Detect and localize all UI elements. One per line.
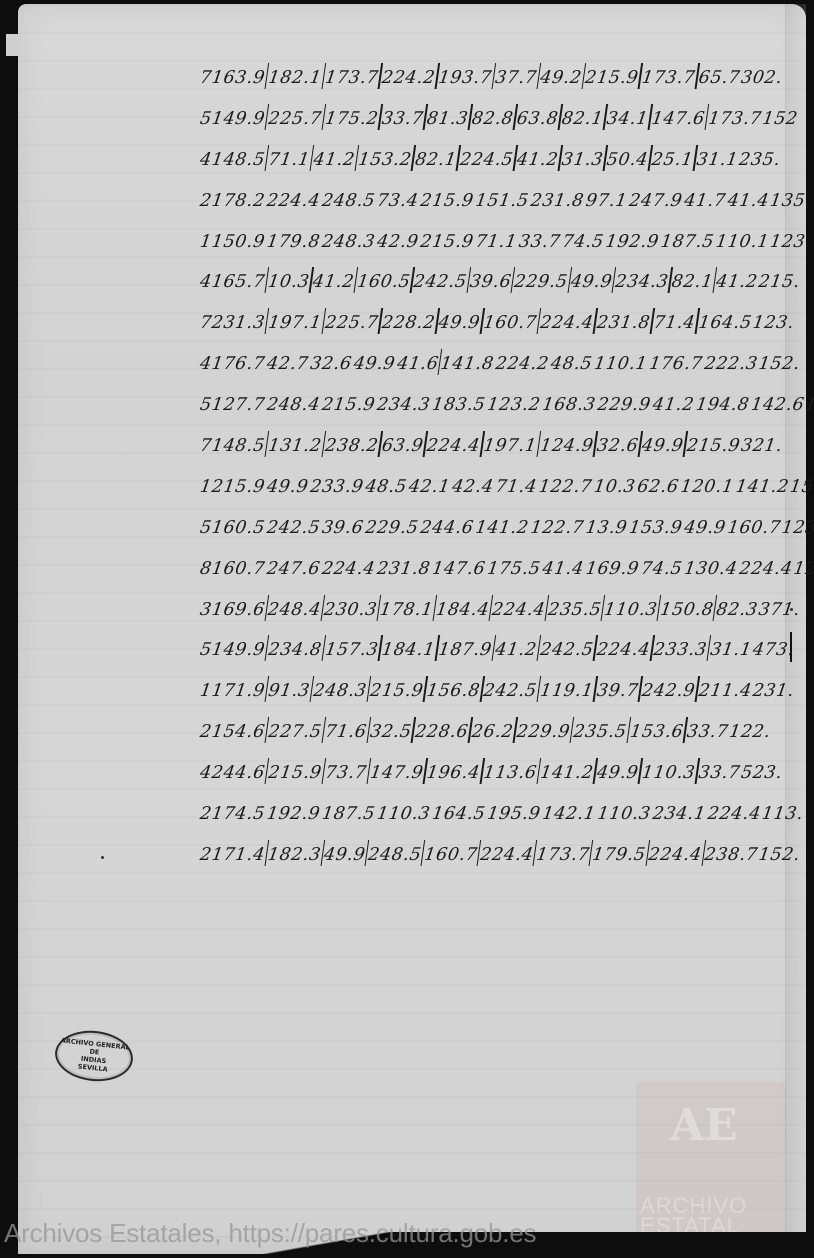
cipher-group: 197.1 <box>482 436 538 456</box>
cipher-line: 5149.9234.8157.3184.1187.941.2242.5224.4… <box>197 630 803 671</box>
margin-dot <box>101 856 104 859</box>
cipher-group: 147.6 <box>650 109 706 129</box>
cipher-group: 4148.5 <box>199 150 267 170</box>
cipher-group: 141.2 <box>474 518 530 538</box>
cipher-group: 248.5 <box>367 845 423 865</box>
cipher-group: 7231.3 <box>199 314 267 334</box>
cipher-group: 5149.9 <box>199 641 267 661</box>
cipher-line: 1171.991.3248.3215.9156.8242.5119.139.72… <box>197 671 803 712</box>
cipher-group: 25.1 <box>650 150 694 170</box>
cipher-group: 82.8 <box>470 109 514 129</box>
cipher-group: 235.5 <box>572 723 628 743</box>
cipher-group: 7148.5 <box>199 436 267 456</box>
cipher-group: 187.5 <box>659 232 715 252</box>
cipher-group: 230.3 <box>322 600 378 620</box>
cipher-group: 110.3 <box>596 804 652 824</box>
cipher-group: 215.9 <box>267 764 323 784</box>
footer-credit: Archivos Estatales, https://pares.cultur… <box>4 1218 536 1249</box>
cipher-group: 50.4 <box>605 150 649 170</box>
cipher-group: 182.3 <box>266 845 322 865</box>
cipher-group: 234.1 <box>651 804 707 824</box>
cipher-group: 234.8 <box>267 641 323 661</box>
cipher-group: 184.1 <box>380 641 436 661</box>
cipher-group: 33.7 <box>685 723 729 743</box>
cipher-group: 228.2 <box>380 314 436 334</box>
cipher-group: 227.5 <box>267 723 323 743</box>
cipher-group: 1150.9 <box>199 232 267 252</box>
line-total: 371. <box>757 600 801 620</box>
line-total: 152 <box>761 109 799 129</box>
cipher-group: 131.2 <box>267 436 323 456</box>
cipher-group: 234.3 <box>376 396 432 416</box>
cipher-group: 141.8 <box>439 355 495 375</box>
cipher-group: 4244.6 <box>199 764 267 784</box>
cipher-group: 215.9 <box>419 191 475 211</box>
cipher-group: 41.2 <box>494 641 538 661</box>
line-total: 157. <box>789 477 814 497</box>
cipher-group: 110.3 <box>376 804 432 824</box>
cipher-group: 229.9 <box>515 723 571 743</box>
cipher-line: 4244.6215.973.7147.9196.4113.6141.249.91… <box>197 753 803 794</box>
cipher-group: 187.5 <box>321 804 377 824</box>
cipher-group: 39.6 <box>321 518 365 538</box>
line-total: 231. <box>751 682 795 702</box>
cipher-group: 160.5 <box>356 273 412 293</box>
cipher-group: 49.9 <box>640 436 684 456</box>
cipher-group: 224.4 <box>321 559 377 579</box>
cipher-group: 184.4 <box>435 600 491 620</box>
line-total: 523. <box>740 764 784 784</box>
cipher-line: 7148.5131.2238.263.9224.4197.1124.932.64… <box>197 426 803 467</box>
cipher-group: 175.5 <box>486 559 542 579</box>
cipher-group: 41.2 <box>515 150 559 170</box>
line-total: 473. <box>751 641 795 661</box>
cipher-group: 37.7 <box>494 68 538 88</box>
cipher-group: 229.5 <box>513 273 569 293</box>
cipher-group: 225.7 <box>267 109 323 129</box>
cipher-group: 164.5 <box>697 314 753 334</box>
cipher-line: 3169.6248.4230.3178.1184.4224.4235.5110.… <box>197 590 803 631</box>
cipher-group: 224.4 <box>479 845 535 865</box>
cipher-group: 32.6 <box>309 355 353 375</box>
cipher-group: 182.1 <box>267 68 323 88</box>
cipher-group: 3169.6 <box>199 600 267 620</box>
cipher-group: 153.6 <box>629 723 685 743</box>
cipher-group: 192.9 <box>604 232 660 252</box>
line-total: 135. <box>769 191 813 211</box>
cipher-group: 173.7 <box>324 68 380 88</box>
cipher-group: 141.2 <box>539 764 595 784</box>
cipher-group: 242.9 <box>640 682 696 702</box>
margin-dot <box>790 608 793 611</box>
cipher-group: 2178.2 <box>199 191 267 211</box>
cipher-group: 41.6 <box>396 355 440 375</box>
cipher-group: 224.2 <box>494 355 550 375</box>
cipher-group: 229.9 <box>596 396 652 416</box>
cipher-group: 228.6 <box>414 723 470 743</box>
cipher-group: 248.3 <box>312 682 368 702</box>
cipher-group: 225.7 <box>324 314 380 334</box>
line-total: 235. <box>738 150 782 170</box>
cipher-group: 82.1 <box>414 150 458 170</box>
cipher-line: 8160.7247.6224.4231.8147.6175.541.4169.9… <box>197 549 803 590</box>
cipher-group: 41.7 <box>683 191 727 211</box>
cipher-group: 65.7 <box>697 68 741 88</box>
cipher-group: 222.3 <box>703 355 759 375</box>
cipher-group: 4165.7 <box>199 273 267 293</box>
line-total: 152. <box>757 845 801 865</box>
cipher-group: 197.1 <box>267 314 323 334</box>
cipher-group: 142.6 <box>750 396 806 416</box>
cipher-group: 147.6 <box>431 559 487 579</box>
cipher-line: 4165.710.341.2160.5242.539.6229.549.9234… <box>197 262 803 303</box>
cipher-group: 71.1 <box>267 150 311 170</box>
cipher-group: 141.2 <box>734 477 790 497</box>
line-total: 122. <box>728 723 772 743</box>
cipher-line: 2154.6227.571.632.5228.626.2229.9235.515… <box>197 712 803 753</box>
stamp-line-4: SEVILLA <box>77 1062 108 1073</box>
cipher-lines: 7163.9182.1173.7224.2193.737.749.2215.91… <box>200 58 800 876</box>
cipher-group: 244.6 <box>419 518 475 538</box>
cipher-group: 5149.9 <box>199 109 267 129</box>
cipher-group: 194.8 <box>695 396 751 416</box>
cipher-group: 248.4 <box>266 600 322 620</box>
cipher-group: 33.7 <box>380 109 424 129</box>
cipher-group: 82.3 <box>715 600 759 620</box>
cipher-group: 71.6 <box>324 723 368 743</box>
cipher-group: 122.7 <box>529 518 585 538</box>
cipher-group: 164.5 <box>431 804 487 824</box>
cipher-group: 122.7 <box>537 477 593 497</box>
cipher-group: 224.4 <box>425 436 481 456</box>
cipher-group: 156.8 <box>425 682 481 702</box>
cipher-group: 2154.6 <box>199 723 267 743</box>
cipher-group: 73.7 <box>324 764 368 784</box>
cipher-line: 1150.9179.8248.342.9215.971.133.774.5192… <box>197 222 803 263</box>
cipher-group: 41.4 <box>726 191 770 211</box>
cipher-group: 193.7 <box>437 68 493 88</box>
cipher-group: 120.1 <box>679 477 735 497</box>
cipher-group: 233.9 <box>309 477 365 497</box>
watermark-text: ARCHIVO ESTATAL <box>640 1196 747 1236</box>
line-total: 122. <box>792 559 814 579</box>
cipher-group: 13.9 <box>584 518 628 538</box>
cipher-group: 63.8 <box>515 109 559 129</box>
cipher-group: 10.3 <box>593 477 637 497</box>
cipher-group: 176.7 <box>648 355 704 375</box>
cipher-group: 169.9 <box>584 559 640 579</box>
cipher-group: 91.3 <box>267 682 311 702</box>
cipher-group: 160.7 <box>423 845 479 865</box>
cipher-group: 82.1 <box>560 109 604 129</box>
line-total: 123. <box>804 396 814 416</box>
cipher-line: 5127.7248.4215.9234.3183.5123.2168.3229.… <box>197 385 803 426</box>
cipher-group: 33.7 <box>697 764 741 784</box>
cipher-group: 178.1 <box>379 600 435 620</box>
cipher-group: 49.9 <box>596 764 640 784</box>
cipher-group: 42.9 <box>376 232 420 252</box>
cipher-group: 62.6 <box>636 477 680 497</box>
cipher-group: 41.2 <box>715 273 759 293</box>
cipher-group: 168.3 <box>541 396 597 416</box>
cipher-group: 71.1 <box>474 232 518 252</box>
cipher-group: 224.2 <box>380 68 436 88</box>
cipher-group: 74.5 <box>561 232 605 252</box>
cipher-line: 5160.5242.539.6229.5244.6141.2122.713.91… <box>197 508 803 549</box>
line-total: 123. <box>769 232 813 252</box>
cipher-group: 224.4 <box>706 804 762 824</box>
cipher-group: 34.1 <box>605 109 649 129</box>
cipher-group: 231.8 <box>376 559 432 579</box>
cipher-group: 224.4 <box>491 600 547 620</box>
cipher-group: 224.4 <box>539 314 595 334</box>
line-total: 321. <box>740 436 784 456</box>
cipher-group: 238.7 <box>703 845 759 865</box>
cipher-group: 175.2 <box>324 109 380 129</box>
cipher-line: 2174.5192.9187.5110.3164.5195.9142.1110.… <box>197 794 803 835</box>
cipher-group: 39.7 <box>596 682 640 702</box>
cipher-group: 215.9 <box>685 436 741 456</box>
cipher-group: 215.9 <box>584 68 640 88</box>
cipher-group: 49.2 <box>539 68 583 88</box>
cipher-group: 224.4 <box>596 641 652 661</box>
cipher-group: 215.9 <box>419 232 475 252</box>
cipher-group: 196.4 <box>425 764 481 784</box>
cipher-group: 73.4 <box>376 191 420 211</box>
cipher-group: 49.9 <box>352 355 396 375</box>
cipher-group: 242.5 <box>539 641 595 661</box>
cipher-group: 247.9 <box>628 191 684 211</box>
cipher-group: 150.8 <box>659 600 715 620</box>
cipher-group: 71.4 <box>652 314 696 334</box>
cipher-group: 49.9 <box>683 518 727 538</box>
line-total: 113. <box>760 804 804 824</box>
cipher-group: 248.5 <box>321 191 377 211</box>
cipher-line: 2171.4182.349.9248.5160.7224.4173.7179.5… <box>197 835 803 876</box>
cipher-group: 192.9 <box>265 804 321 824</box>
cipher-line: 4176.742.732.649.941.6141.8224.248.5110.… <box>197 344 803 385</box>
cipher-group: 33.7 <box>518 232 562 252</box>
cipher-line: 4148.571.141.2153.282.1224.541.231.350.4… <box>197 140 803 181</box>
cipher-group: 242.5 <box>412 273 468 293</box>
cipher-group: 224.4 <box>647 845 703 865</box>
cipher-group: 71.4 <box>494 477 538 497</box>
cipher-group: 7163.9 <box>199 68 267 88</box>
cipher-group: 242.5 <box>482 682 538 702</box>
cipher-group: 211.4 <box>697 682 753 702</box>
cipher-group: 215.9 <box>321 396 377 416</box>
cipher-group: 41.4 <box>541 559 585 579</box>
cipher-group: 224.4 <box>265 191 321 211</box>
line-total: 123. <box>751 314 795 334</box>
cipher-group: 32.5 <box>369 723 413 743</box>
cipher-group: 110.1 <box>714 232 770 252</box>
cipher-group: 179.8 <box>265 232 321 252</box>
cipher-group: 39.6 <box>468 273 512 293</box>
cipher-group: 41.2 <box>311 273 355 293</box>
cipher-group: 215.9 <box>369 682 425 702</box>
cipher-group: 173.7 <box>707 109 763 129</box>
cipher-group: 119.1 <box>539 682 595 702</box>
cipher-group: 153.9 <box>628 518 684 538</box>
cipher-group: 113.6 <box>482 764 538 784</box>
cipher-group: 160.7 <box>482 314 538 334</box>
cipher-group: 124.9 <box>539 436 595 456</box>
cipher-group: 173.7 <box>640 68 696 88</box>
cipher-group: 42.1 <box>407 477 451 497</box>
line-total: 215. <box>757 273 801 293</box>
cipher-group: 173.7 <box>535 845 591 865</box>
cipher-group: 247.6 <box>265 559 321 579</box>
margin-bracket-mark <box>790 632 792 662</box>
cipher-line: 7163.9182.1173.7224.2193.737.749.2215.91… <box>197 58 803 99</box>
watermark-logo: AE <box>670 1100 738 1151</box>
cipher-group: 151.5 <box>474 191 530 211</box>
cipher-group: 1215.9 <box>199 477 267 497</box>
cipher-group: 231.8 <box>529 191 585 211</box>
cipher-group: 26.2 <box>470 723 514 743</box>
cipher-group: 82.1 <box>670 273 714 293</box>
cipher-group: 41.2 <box>312 150 356 170</box>
cipher-group: 63.9 <box>380 436 424 456</box>
cipher-group: 110.3 <box>603 600 659 620</box>
cipher-group: 231.8 <box>596 314 652 334</box>
cipher-group: 31.3 <box>560 150 604 170</box>
line-total: 152. <box>757 355 801 375</box>
cipher-line: 2178.2224.4248.573.4215.9151.5231.897.12… <box>197 181 803 222</box>
cipher-group: 157.3 <box>324 641 380 661</box>
cipher-group: 248.4 <box>265 396 321 416</box>
cipher-group: 1171.9 <box>199 682 267 702</box>
cipher-group: 31.1 <box>695 150 739 170</box>
cipher-group: 142.1 <box>541 804 597 824</box>
cipher-group: 183.5 <box>431 396 487 416</box>
cipher-group: 5160.5 <box>199 518 267 538</box>
cipher-group: 49.9 <box>265 477 309 497</box>
cipher-group: 74.5 <box>639 559 683 579</box>
cipher-group: 235.5 <box>547 600 603 620</box>
cipher-group: 248.3 <box>321 232 377 252</box>
cipher-line: 7231.3197.1225.7228.249.9160.7224.4231.8… <box>197 303 803 344</box>
cipher-group: 238.2 <box>324 436 380 456</box>
cipher-group: 234.3 <box>614 273 670 293</box>
cipher-group: 4176.7 <box>199 355 267 375</box>
cipher-group: 49.9 <box>437 314 481 334</box>
cipher-group: 179.5 <box>591 845 647 865</box>
cipher-group: 160.7 <box>726 518 782 538</box>
cipher-group: 31.1 <box>709 641 753 661</box>
cipher-group: 42.7 <box>265 355 309 375</box>
cipher-group: 8160.7 <box>199 559 267 579</box>
cipher-group: 224.4 <box>738 559 794 579</box>
cipher-group: 42.4 <box>451 477 495 497</box>
cipher-group: 233.3 <box>652 641 708 661</box>
cipher-group: 10.3 <box>267 273 311 293</box>
cipher-group: 2171.4 <box>199 845 267 865</box>
cipher-group: 187.9 <box>437 641 493 661</box>
line-total: 302. <box>740 68 784 88</box>
cipher-group: 2174.5 <box>199 804 267 824</box>
cipher-group: 48.5 <box>364 477 408 497</box>
line-total: 123. <box>780 518 814 538</box>
cipher-group: 195.9 <box>486 804 542 824</box>
page-tab <box>6 34 20 56</box>
cipher-line: 1215.949.9233.948.542.142.471.4122.710.3… <box>197 467 803 508</box>
cipher-group: 41.2 <box>651 396 695 416</box>
cipher-group: 130.4 <box>683 559 739 579</box>
cipher-group: 110.1 <box>593 355 649 375</box>
cipher-group: 147.9 <box>369 764 425 784</box>
cipher-group: 229.5 <box>364 518 420 538</box>
cipher-group: 224.5 <box>459 150 515 170</box>
cipher-group: 110.3 <box>640 764 696 784</box>
cipher-group: 48.5 <box>549 355 593 375</box>
cipher-group: 242.5 <box>265 518 321 538</box>
cipher-group: 81.3 <box>425 109 469 129</box>
cipher-group: 49.9 <box>569 273 613 293</box>
cipher-group: 123.2 <box>486 396 542 416</box>
cipher-group: 49.9 <box>322 845 366 865</box>
cipher-group: 5127.7 <box>199 396 267 416</box>
cipher-line: 5149.9225.7175.233.781.382.863.882.134.1… <box>197 99 803 140</box>
cipher-group: 97.1 <box>584 191 628 211</box>
cipher-group: 153.2 <box>357 150 413 170</box>
cipher-group: 32.6 <box>596 436 640 456</box>
